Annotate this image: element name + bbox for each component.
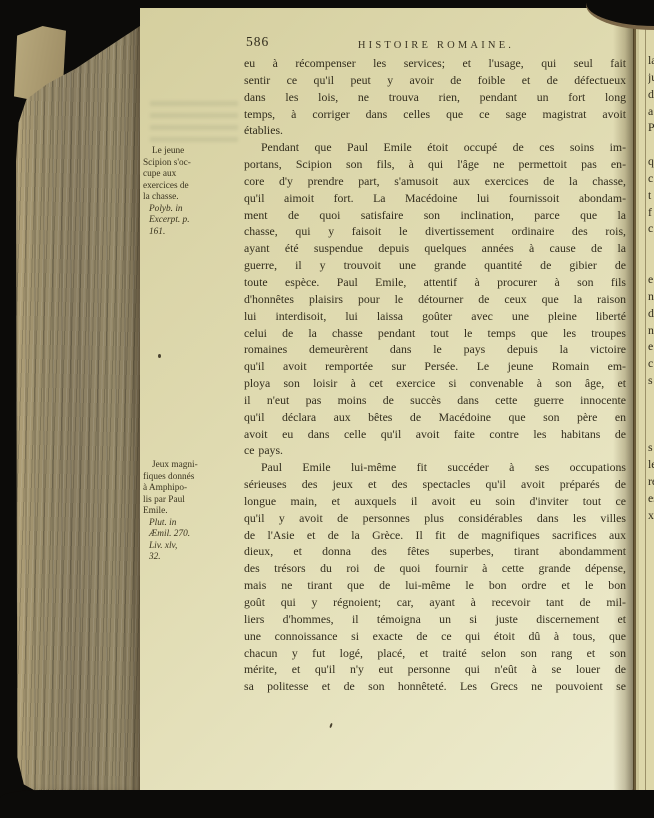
facing-page-text-fragment — [648, 389, 654, 406]
facing-page-text-fragment: f — [648, 204, 654, 221]
text-line: sérieuses des jeux et des spectacles qu'… — [244, 476, 626, 493]
facing-page-edge: lajudaPqctfcendnecsslereesx — [634, 6, 654, 792]
facing-page-text-fragment: c — [648, 355, 654, 372]
margin-note-line: à Amphipo- — [143, 483, 239, 495]
facing-page-text-fragment: es — [648, 490, 654, 507]
facing-page-text-fragment — [648, 658, 654, 675]
facing-page-text-fragment: s — [648, 439, 654, 456]
facing-page-text-fragment — [648, 406, 654, 423]
text-line: d'honnêtes plaisirs pour le détourner de… — [244, 291, 626, 308]
margin-note-line: lis par Paul — [143, 495, 239, 507]
facing-page-text-fragment: le — [648, 456, 654, 473]
text-line: ce pays. — [244, 442, 626, 459]
facing-page-text-fragment: n — [648, 322, 654, 339]
text-line: core d'y prendre part, s'amusoit aux exe… — [244, 173, 626, 190]
text-line: qu'il avoit remportée sur Persée. Le jeu… — [244, 358, 626, 375]
text-line: sentir ce qu'il peut y avoir de foible e… — [244, 72, 626, 89]
text-line: temps, à corriger dans celles que ce sag… — [244, 106, 626, 123]
text-line: qu'il y avoit de personnes plus considér… — [244, 510, 626, 527]
margin-note-line: Emile. — [143, 506, 239, 518]
facing-page-text-fragment: q — [648, 153, 654, 170]
margin-note: Jeux magni-fiques donnésà Amphipo-lis pa… — [143, 460, 239, 564]
facing-page-text-fragment — [648, 608, 654, 625]
text-line: Pendant que Paul Emile étoit occupé de c… — [244, 139, 626, 156]
text-line: mais ne tirant que de lui-même le bon or… — [244, 577, 626, 594]
facing-page-text-fragment: ju — [648, 69, 654, 86]
facing-page-text-fragment — [648, 524, 654, 541]
text-line: mérite, et qu'il n'y eut personne qui n'… — [244, 661, 626, 678]
facing-page-text-fragment: e — [648, 338, 654, 355]
text-line: lui interdisoit, lui laissa goûter avec … — [244, 308, 626, 325]
margin-note: Le jeuneScipion s'oc-cupe auxexercices d… — [143, 146, 239, 238]
margin-note-citation-line: Plut. in — [143, 518, 239, 530]
facing-page-text-fragment: n — [648, 288, 654, 305]
text-line: il n'eut pas moins de succès dans cette … — [244, 392, 626, 409]
facing-page-fragments: lajudaPqctfcendnecsslereesx — [648, 52, 654, 692]
facing-page-text-fragment: P — [648, 119, 654, 136]
margin-note-citation-line: Liv. xlv, — [143, 541, 239, 553]
facing-page-text-fragment: c — [648, 220, 654, 237]
margin-note-line: Scipion s'oc- — [143, 158, 239, 170]
text-line: ploya son loisir à cet exercice si conve… — [244, 375, 626, 392]
photo-background: { "colors": { "background": "#0c0b09", "… — [0, 0, 654, 818]
text-line: romaines demeurèrent dans le pays depuis… — [244, 341, 626, 358]
running-title: HISTOIRE ROMAINE. — [245, 40, 627, 51]
text-line: portans, Scipion son fils, à qui l'âge n… — [244, 156, 626, 173]
facing-page-text-fragment: d — [648, 86, 654, 103]
facing-page-text-fragment — [648, 574, 654, 591]
facing-page-text-fragment — [648, 540, 654, 557]
facing-page-text-fragment — [648, 136, 654, 153]
book-fore-edge-page-stack — [16, 22, 146, 796]
show-through-smudge — [150, 100, 238, 142]
facing-page-text-fragment — [648, 642, 654, 659]
text-line: dans les lois, ne trouva rien, pendant u… — [244, 89, 626, 106]
text-line: établies. — [244, 122, 626, 139]
text-line: une connoissance si exacte de ce qui éto… — [244, 628, 626, 645]
facing-page-text-fragment: la — [648, 52, 654, 69]
facing-page-text-fragment — [648, 625, 654, 642]
facing-page-crease — [645, 6, 646, 792]
text-line: dieux, et donna des fêtes superbes, tira… — [244, 543, 626, 560]
ink-speck — [158, 354, 161, 358]
bottom-shadow — [0, 790, 654, 818]
text-line: ment de quoi satisfaire son inclination,… — [244, 207, 626, 224]
text-line: toute espèce. Paul Emile, attentif à pro… — [244, 274, 626, 291]
facing-page-text-fragment — [648, 591, 654, 608]
text-line: celui de la chasse pendant tout le temps… — [244, 325, 626, 342]
margin-note-line: cupe aux — [143, 169, 239, 181]
facing-page-text-fragment: d — [648, 305, 654, 322]
facing-page-text-fragment — [648, 254, 654, 271]
text-line: des trésors du roi de quoi fournir à cet… — [244, 560, 626, 577]
margin-note-line: Jeux magni- — [143, 460, 239, 472]
margin-note-line: fiques donnés — [143, 472, 239, 484]
facing-page-text-fragment: s — [648, 372, 654, 389]
facing-page-text-fragment: e — [648, 271, 654, 288]
margin-note-citation-line: 161. — [143, 227, 239, 239]
facing-page-text-fragment: re — [648, 473, 654, 490]
margin-note-line: Le jeune — [143, 146, 239, 158]
facing-page-text-fragment: t — [648, 187, 654, 204]
text-line: ayant été suspendue depuis quelques anné… — [244, 240, 626, 257]
margin-note-line: exercices de — [143, 181, 239, 193]
facing-page-text-fragment: c — [648, 170, 654, 187]
facing-page-text-fragment — [648, 423, 654, 440]
margin-note-citation-line: Polyb. in — [143, 204, 239, 216]
text-line: liers d'hommes, il témoigna un si juste … — [244, 611, 626, 628]
facing-page-text-fragment — [648, 675, 654, 692]
text-line: qu'il déclara aux bêtes de Macédoine que… — [244, 409, 626, 426]
text-line: sa politesse et de son honnêteté. Les Gr… — [244, 678, 626, 695]
margin-note-citation-line: 32. — [143, 552, 239, 564]
text-line: eu à récompenser les services; et l'usag… — [244, 55, 626, 72]
text-line: guerre, il y trouvoit une grande quantit… — [244, 257, 626, 274]
margin-note-citation-line: Æmil. 270. — [143, 529, 239, 541]
text-line: avoit eu dans celle qu'il avoit faite co… — [244, 426, 626, 443]
margin-note-line: la chasse. — [143, 192, 239, 204]
facing-page-text-fragment — [648, 557, 654, 574]
text-line: longue main, et auxquels il avoit eu soi… — [244, 493, 626, 510]
facing-page-text-fragment — [648, 237, 654, 254]
body-text: eu à récompenser les services; et l'usag… — [244, 55, 626, 695]
text-line: chasse, qui y faisoit le divertissement … — [244, 223, 626, 240]
text-line: goût qui y régnoient; car, ayant à recev… — [244, 594, 626, 611]
facing-page-text-fragment: x — [648, 507, 654, 524]
margin-note-citation-line: Excerpt. p. — [143, 215, 239, 227]
text-line: chacun y fut logé, placé, et traité selo… — [244, 645, 626, 662]
text-line: Paul Emile lui-même fit succéder à ses o… — [244, 459, 626, 476]
text-line: qu'il aimoit fort. La Macédoine lui four… — [244, 190, 626, 207]
facing-page-text-fragment: a — [648, 103, 654, 120]
text-line: de l'Asie et de la Grèce. Il fit de magn… — [244, 527, 626, 544]
